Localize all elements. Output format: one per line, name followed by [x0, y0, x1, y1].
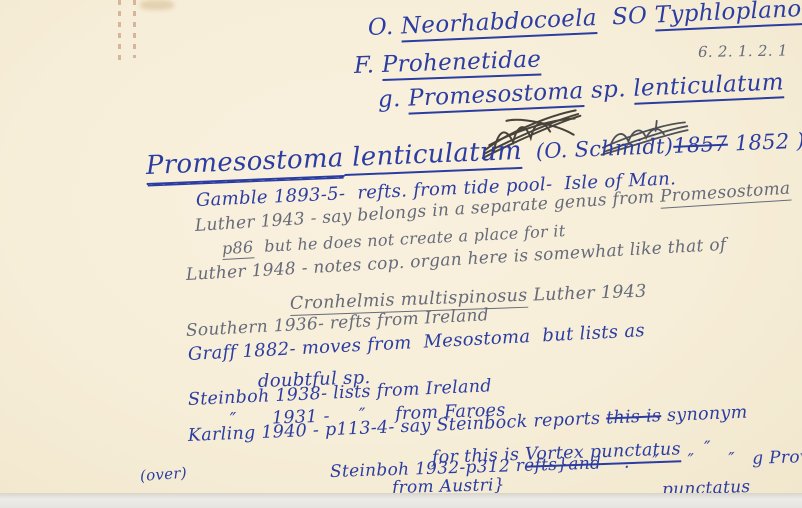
tape-residue-mark	[133, 0, 136, 58]
title-year: 1852 )	[727, 129, 802, 156]
order-prefix: O.	[367, 14, 401, 41]
card-title-species-heading: Promesostoma lenticulatum (O. Schmidt)18…	[145, 126, 802, 181]
catalog-code: 6. 2. 1. 2. 1	[698, 42, 788, 60]
scanner-background-strip	[0, 493, 802, 508]
cronhelmis-authority: Luther 1943	[527, 282, 647, 306]
genus-prefix: g.	[377, 86, 408, 113]
title-genus: Promesostoma	[145, 143, 344, 185]
classification-family-line: F. Prohenetidae	[354, 47, 542, 79]
karling-text-end: synonym	[661, 403, 748, 427]
title-authority: (O. Schmidt)	[521, 134, 673, 164]
karling-struck-words: this is	[606, 406, 662, 428]
species-qualifier: sp.	[583, 76, 634, 104]
over-label: (over)	[139, 465, 187, 485]
order-name: Neorhabdocoela	[400, 5, 597, 43]
paper-stain	[140, 0, 174, 10]
suborder-name: Typhloplanoida	[654, 0, 802, 31]
suborder-prefix: SO	[596, 2, 655, 31]
family-prefix: F.	[354, 52, 383, 79]
title-species: lenticulatum	[343, 136, 523, 176]
title-year-struck: 1857	[673, 132, 729, 158]
classification-order-line: O. Neorhabdocoela SO Typhloplanoida	[367, 0, 802, 41]
family-name: Prohenetidae	[381, 46, 541, 81]
tape-residue-mark	[118, 0, 121, 60]
note-luther-1943-genus: Promesostoma	[659, 179, 791, 209]
scanned-index-card-page: O. Neorhabdocoela SO Typhloplanoida 6. 2…	[0, 0, 802, 508]
page-ref-p86: p86	[221, 237, 254, 260]
index-card: O. Neorhabdocoela SO Typhloplanoida 6. 2…	[0, 0, 802, 493]
species-name: lenticulatum	[633, 69, 785, 105]
